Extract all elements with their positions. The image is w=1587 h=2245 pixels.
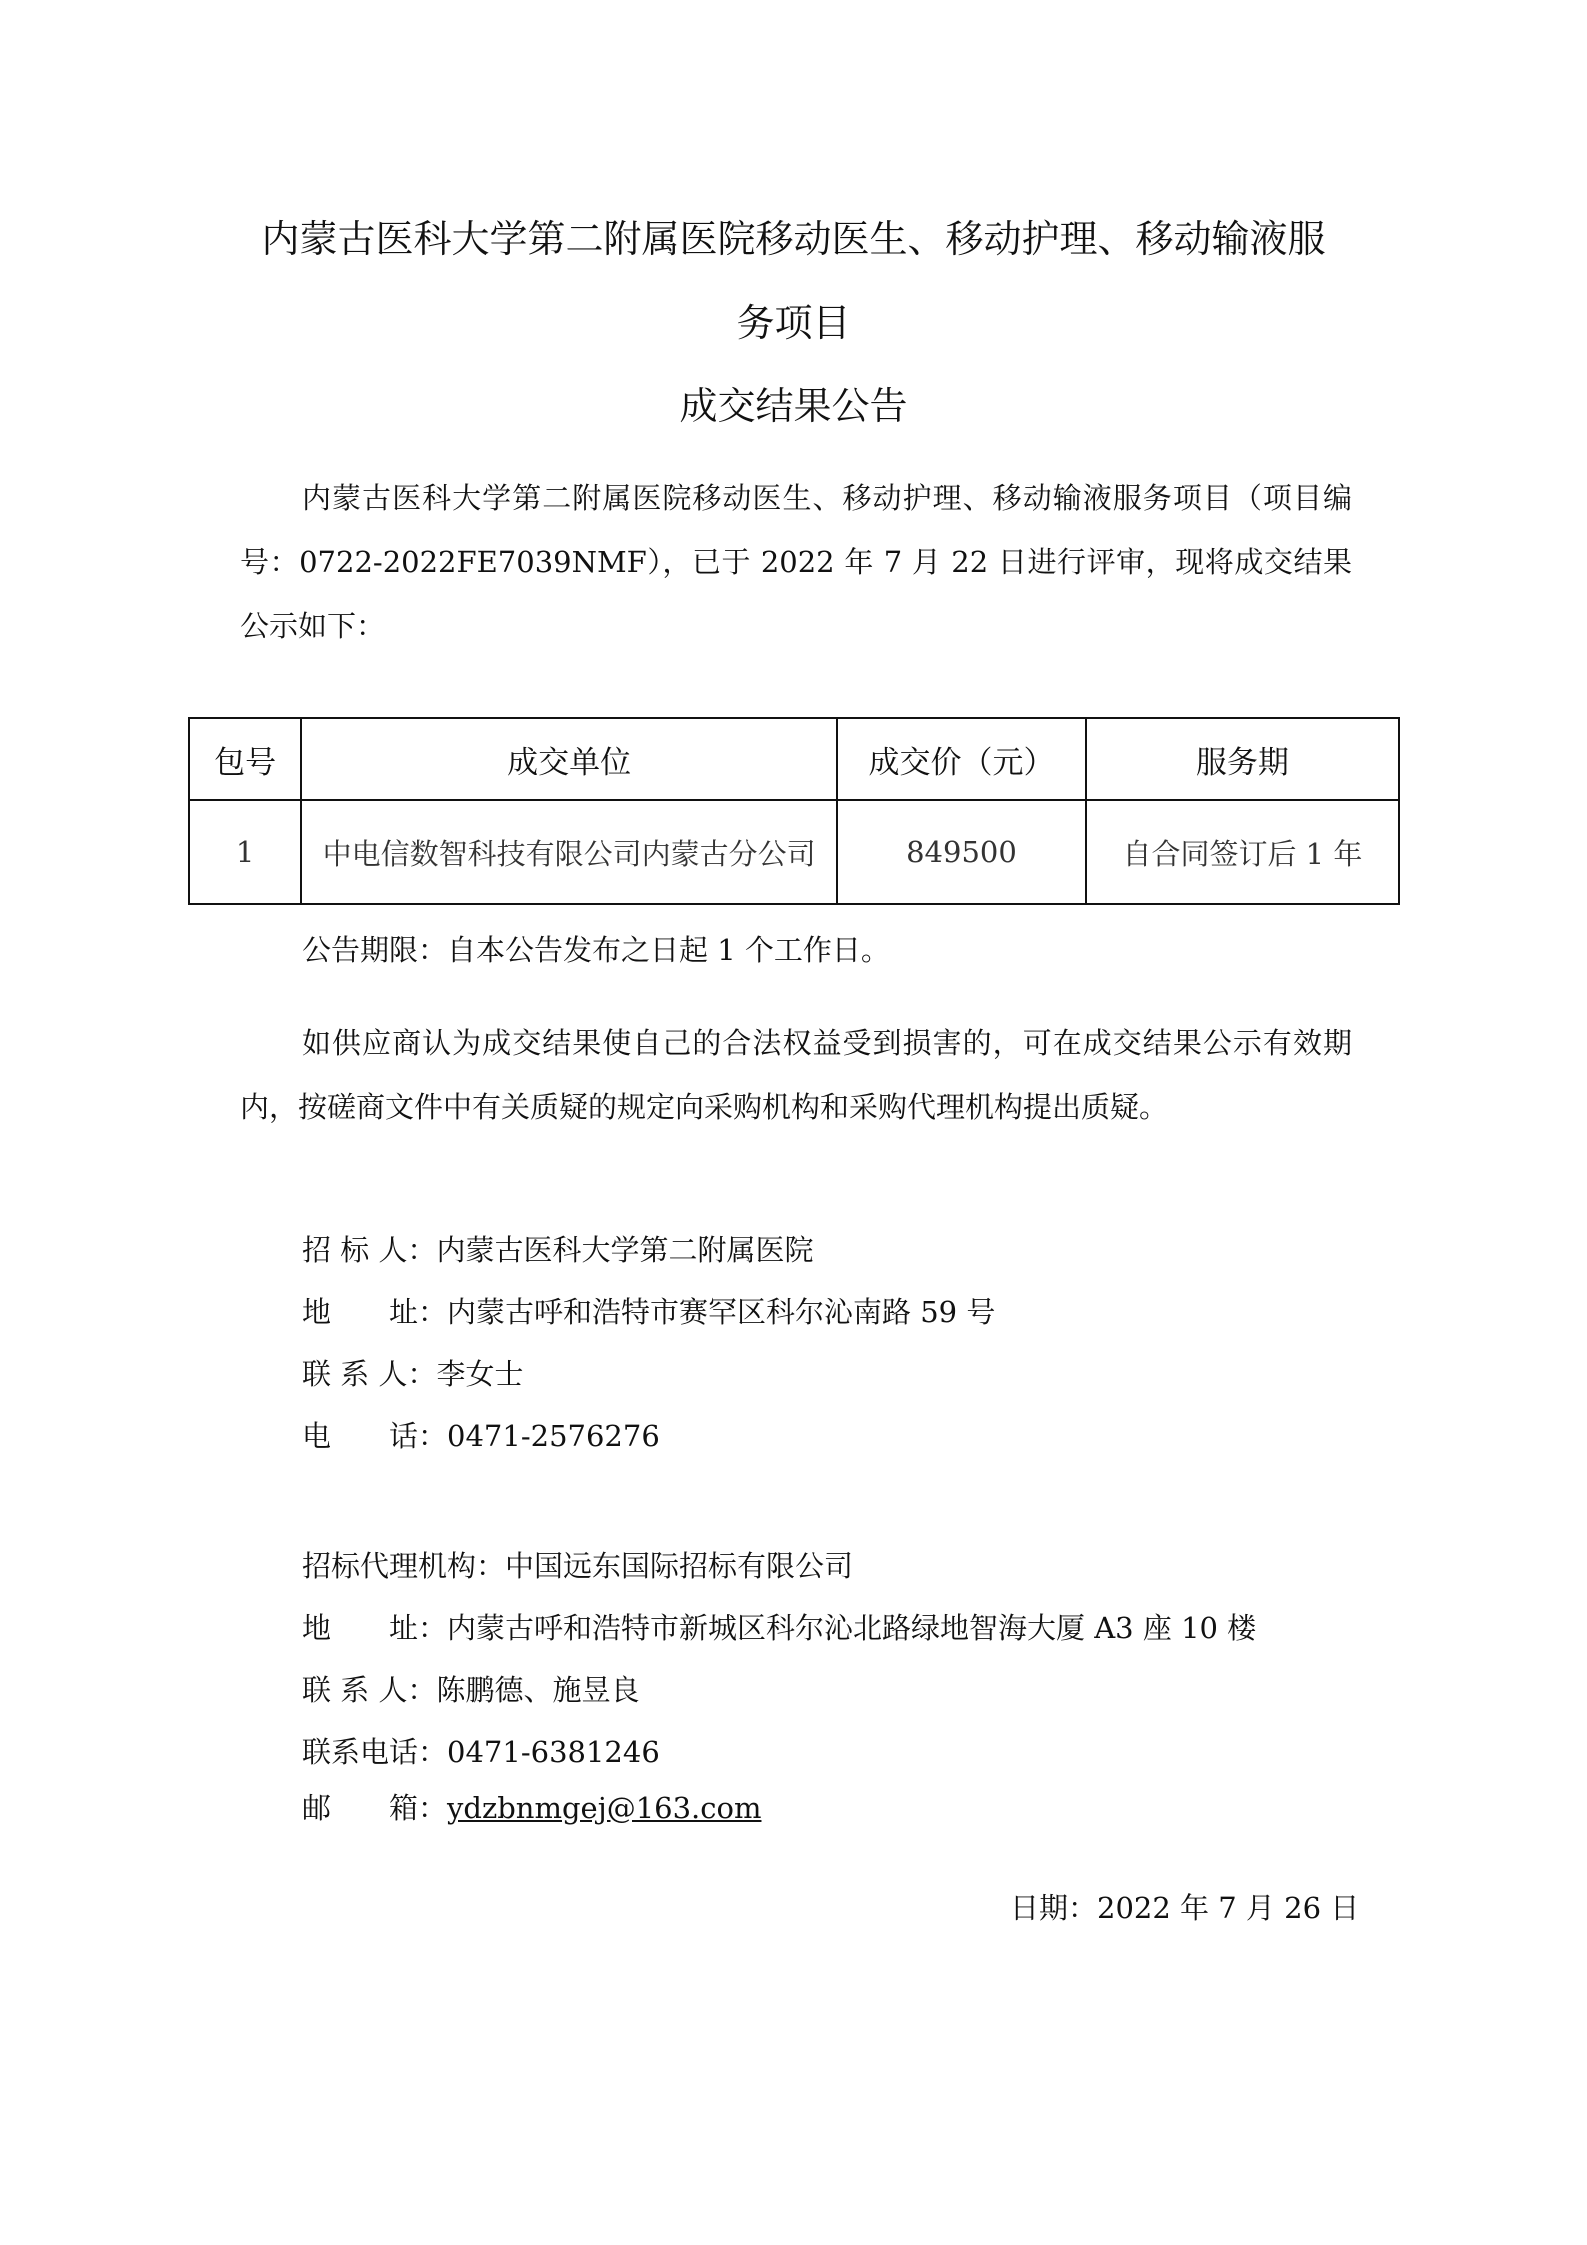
agency-email-line: 邮 箱：ydzbnmgej@163.com [302,1786,761,1827]
document-subtitle: 成交结果公告 [0,375,1587,430]
document-title-line-2: 务项目 [0,292,1587,347]
objection-paragraph: 如供应商认为成交结果使自己的合法权益受到损害的，可在成交结果公示有效期内，按磋商… [240,1011,1352,1139]
agency-email-link[interactable]: ydzbnmgej@163.com [447,1791,761,1825]
cell-service-period: 自合同签订后 1 年 [1086,800,1399,904]
tenderer-phone: 0471-2576276 [447,1419,660,1453]
header-package-no: 包号 [189,718,301,800]
tenderer-address-label: 地 址： [302,1295,447,1329]
tenderer-name-label: 招 标 人： [302,1233,436,1267]
agency-phone-label: 联系电话： [302,1735,447,1769]
result-table: 包号 成交单位 成交价（元） 服务期 1 中电信数智科技有限公司内蒙古分公司 8… [188,717,1400,905]
header-winning-unit: 成交单位 [301,718,837,800]
tenderer-phone-line: 电 话：0471-2576276 [302,1414,660,1455]
table-header-row: 包号 成交单位 成交价（元） 服务期 [189,718,1399,800]
agency-contact: 陈鹏德、施昱良 [436,1673,639,1707]
agency-phone-line: 联系电话：0471-6381246 [302,1730,660,1771]
agency-phone: 0471-6381246 [447,1735,660,1769]
table-row: 1 中电信数智科技有限公司内蒙古分公司 849500 自合同签订后 1 年 [189,800,1399,904]
notice-period: 公告期限：自本公告发布之日起 1 个工作日。 [302,928,890,969]
agency-name-label: 招标代理机构： [302,1549,505,1583]
tenderer-contact: 李女士 [436,1357,523,1391]
agency-name-line: 招标代理机构：中国远东国际招标有限公司 [302,1544,853,1585]
agency-contact-label: 联 系 人： [302,1673,436,1707]
agency-address: 内蒙古呼和浩特市新城区科尔沁北路绿地智海大厦 A3 座 10 楼 [447,1611,1256,1645]
agency-address-line: 地 址：内蒙古呼和浩特市新城区科尔沁北路绿地智海大厦 A3 座 10 楼 [302,1606,1256,1647]
cell-price: 849500 [837,800,1086,904]
agency-contact-line: 联 系 人：陈鹏德、施昱良 [302,1668,639,1709]
tenderer-contact-label: 联 系 人： [302,1357,436,1391]
header-service-period: 服务期 [1086,718,1399,800]
header-price: 成交价（元） [837,718,1086,800]
tenderer-address: 内蒙古呼和浩特市赛罕区科尔沁南路 59 号 [447,1295,995,1329]
announcement-date: 日期：2022 年 7 月 26 日 [1010,1886,1359,1927]
tenderer-address-line: 地 址：内蒙古呼和浩特市赛罕区科尔沁南路 59 号 [302,1290,995,1331]
agency-email-label: 邮 箱： [302,1791,447,1825]
tenderer-contact-line: 联 系 人：李女士 [302,1352,523,1393]
cell-package-no: 1 [189,800,301,904]
cell-winning-unit: 中电信数智科技有限公司内蒙古分公司 [301,800,837,904]
intro-paragraph: 内蒙古医科大学第二附属医院移动医生、移动护理、移动输液服务项目（项目编号：072… [240,466,1352,658]
agency-address-label: 地 址： [302,1611,447,1645]
tenderer-name: 内蒙古医科大学第二附属医院 [436,1233,813,1267]
tenderer-name-line: 招 标 人：内蒙古医科大学第二附属医院 [302,1228,813,1269]
document-title-line-1: 内蒙古医科大学第二附属医院移动医生、移动护理、移动输液服 [0,208,1587,263]
tenderer-phone-label: 电 话： [302,1419,447,1453]
agency-name: 中国远东国际招标有限公司 [505,1549,853,1583]
